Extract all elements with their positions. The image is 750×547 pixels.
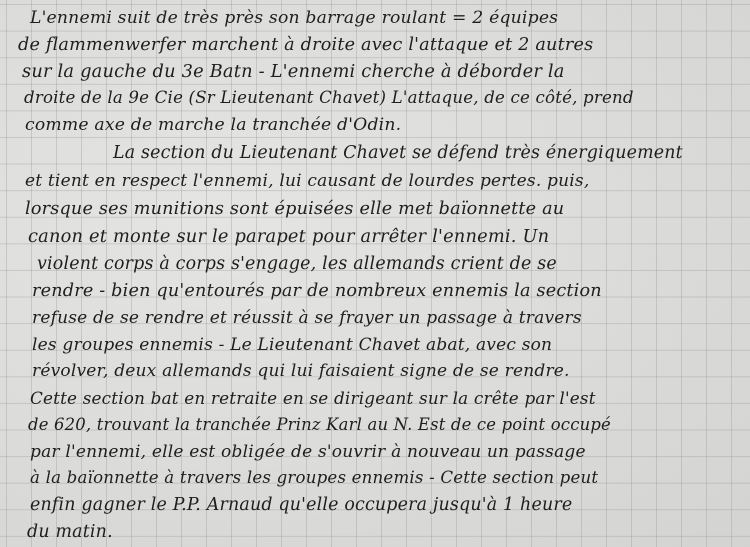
text-line: de flammenwerfer marchent à droite avec … [18, 32, 593, 58]
text-line: canon et monte sur le parapet pour arrêt… [28, 224, 549, 250]
text-line: Cette section bat en retraite en se diri… [30, 385, 596, 411]
text-line: de 620, trouvant la tranchée Prinz Karl … [28, 412, 611, 438]
text-line: et tient en respect l'ennemi, lui causan… [25, 168, 589, 194]
text-line: sur la gauche du 3e Batn - L'ennemi cher… [22, 59, 565, 85]
text-line: par l'ennemi, elle est obligée de s'ouvr… [30, 439, 586, 465]
text-line: enfin gagner le P.P. Arnaud qu'elle occu… [30, 492, 572, 518]
text-line: lorsque ses munitions sont épuisées elle… [25, 196, 564, 222]
text-line: les groupes ennemis - Le Lieutenant Chav… [32, 332, 552, 358]
text-line: du matin. [27, 519, 113, 545]
text-line: droite de la 9e Cie (Sr Lieutenant Chave… [24, 85, 634, 111]
text-line: violent corps à corps s'engage, les alle… [37, 251, 557, 277]
text-line: refuse de se rendre et réussit à se fray… [32, 305, 582, 331]
text-line: comme axe de marche la tranchée d'Odin. [25, 112, 401, 138]
text-line: L'ennemi suit de très près son barrage r… [30, 5, 558, 31]
text-line: La section du Lieutenant Chavet se défen… [113, 140, 683, 166]
handwritten-page: L'ennemi suit de très près son barrage r… [0, 0, 750, 547]
text-line: à la baïonnette à travers les groupes en… [30, 465, 598, 491]
text-line: révolver, deux allemands qui lui faisaie… [32, 358, 570, 384]
text-line: rendre - bien qu'entourés par de nombreu… [32, 278, 602, 304]
